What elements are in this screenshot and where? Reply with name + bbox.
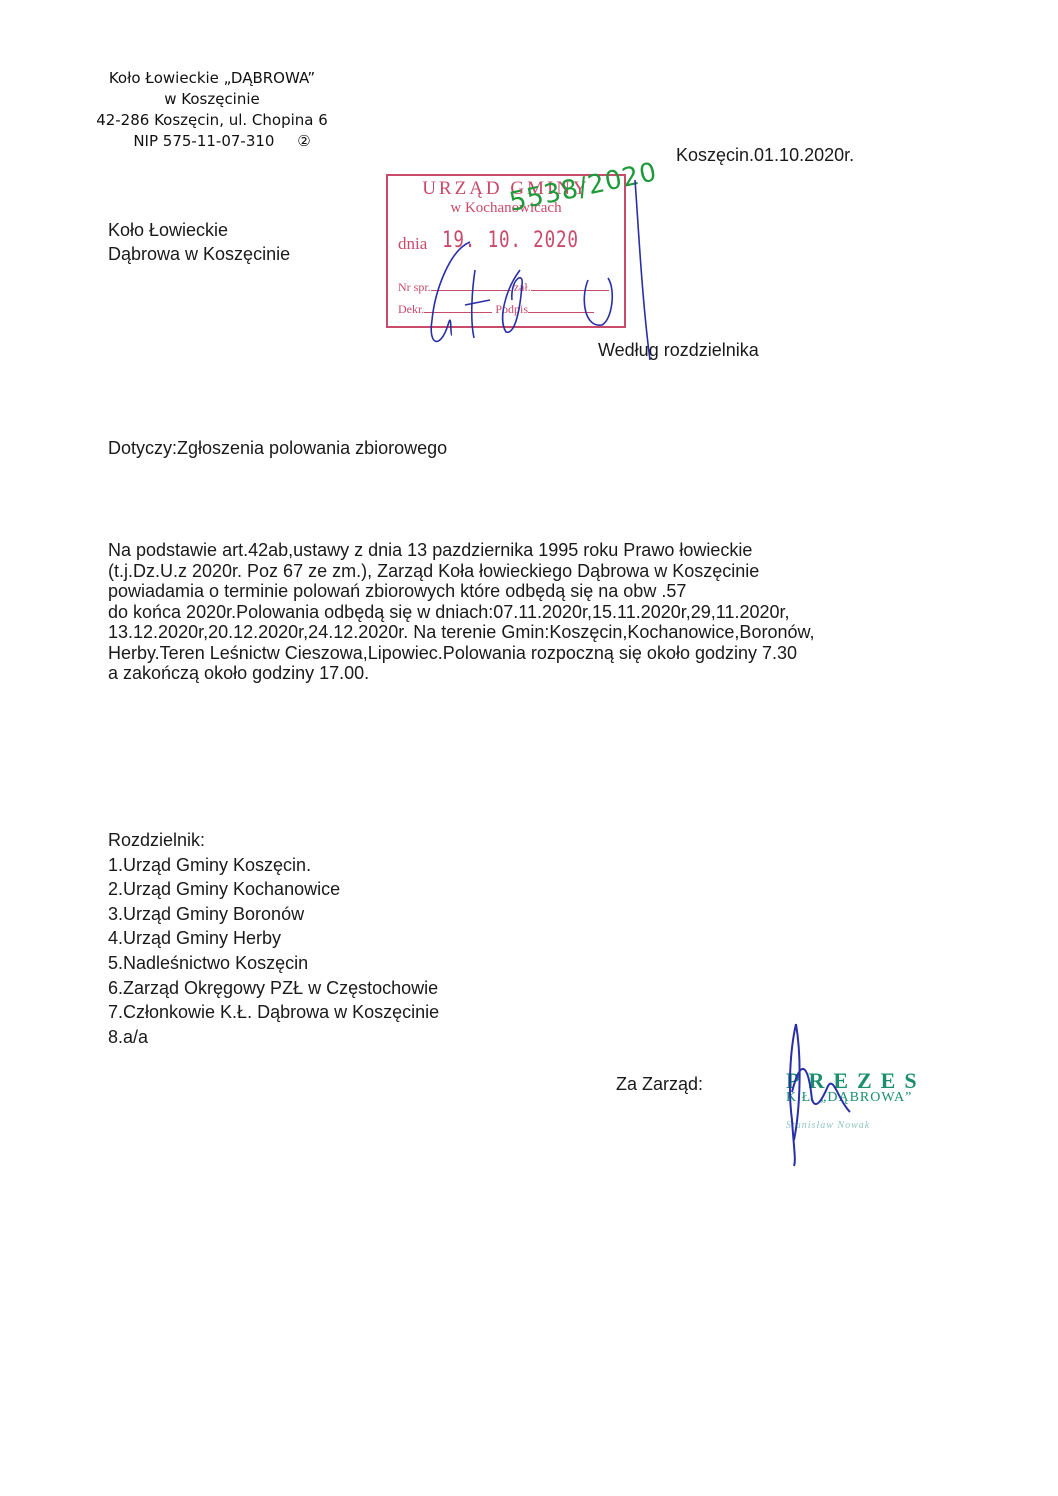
body-line: 13.12.2020r,20.12.2020r,24.12.2020r. Na … xyxy=(108,622,958,643)
distribution-item: 3.Urząd Gminy Boronów xyxy=(108,902,439,927)
recipient: Według rozdzielnika xyxy=(598,340,759,361)
president-signature xyxy=(780,1020,900,1170)
distribution-list: Rozdzielnik: 1.Urząd Gminy Koszęcin. 2.U… xyxy=(108,828,439,1049)
letterhead-address: 42-286 Koszęcin, ul. Chopina 6 xyxy=(82,110,342,131)
letterhead-name: Koło Łowieckie „DĄBROWA” xyxy=(82,68,342,89)
sender-line-1: Koło Łowieckie xyxy=(108,218,290,242)
body-line: Herby.Teren Leśnictw Cieszowa,Lipowiec.P… xyxy=(108,643,958,664)
distribution-item: 2.Urząd Gminy Kochanowice xyxy=(108,877,439,902)
distribution-item: 5.Nadleśnictwo Koszęcin xyxy=(108,951,439,976)
letter-body: Na podstawie art.42ab,ustawy z dnia 13 p… xyxy=(108,540,958,684)
body-line: (t.j.Dz.U.z 2020r. Poz 67 ze zm.), Zarzą… xyxy=(108,561,958,582)
sender-line-2: Dąbrowa w Koszęcinie xyxy=(108,242,290,266)
signature-label: Za Zarząd: xyxy=(616,1074,703,1095)
distribution-item: 7.Członkowie K.Ł. Dąbrowa w Koszęcinie xyxy=(108,1000,439,1025)
letterhead-town: w Koszęcinie xyxy=(82,89,342,110)
handwritten-initials-signature xyxy=(380,160,680,360)
letterhead-nip: NIP 575-11-07-310 ② xyxy=(82,131,342,152)
sender-block: Koło Łowieckie Dąbrowa w Koszęcinie xyxy=(108,218,290,266)
letterhead: Koło Łowieckie „DĄBROWA” w Koszęcinie 42… xyxy=(82,68,342,152)
distribution-title: Rozdzielnik: xyxy=(108,828,439,853)
distribution-item: 6.Zarząd Okręgowy PZŁ w Częstochowie xyxy=(108,976,439,1001)
body-line: do końca 2020r.Polowania odbędą się w dn… xyxy=(108,602,958,623)
body-line: Na podstawie art.42ab,ustawy z dnia 13 p… xyxy=(108,540,958,561)
subject-line: Dotyczy:Zgłoszenia polowania zbiorowego xyxy=(108,438,447,459)
body-line: powiadamia o terminie polowań zbiorowych… xyxy=(108,581,958,602)
distribution-item: 4.Urząd Gminy Herby xyxy=(108,926,439,951)
letterhead-nip-text: NIP 575-11-07-310 xyxy=(133,132,274,150)
place-date: Koszęcin.01.10.2020r. xyxy=(676,145,854,166)
circled-two-mark: ② xyxy=(297,132,310,150)
distribution-item: 8.a/a xyxy=(108,1025,439,1050)
body-line: a zakończą około godziny 17.00. xyxy=(108,663,958,684)
distribution-item: 1.Urząd Gminy Koszęcin. xyxy=(108,853,439,878)
